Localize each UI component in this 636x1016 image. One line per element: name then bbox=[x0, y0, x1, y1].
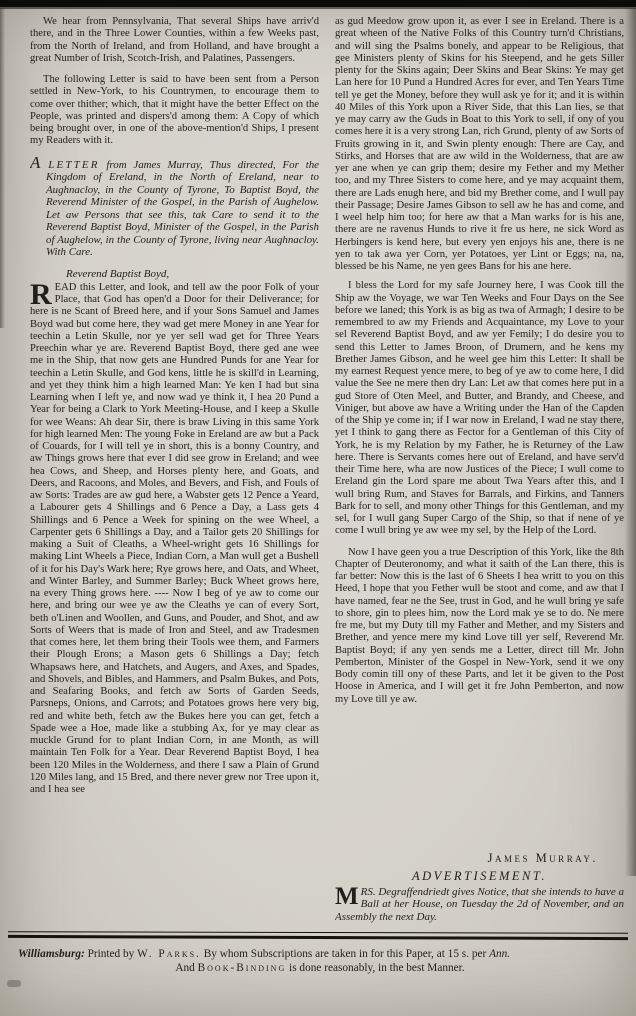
scan-artifact-top-edge bbox=[0, 0, 636, 11]
column-right-bottom: James Murray. ADVERTISEMENT. MRS. Degraf… bbox=[335, 848, 624, 924]
column-left: We hear from Pennsylvania, That several … bbox=[30, 16, 319, 924]
imprint-printed-by: Printed by bbox=[85, 948, 137, 960]
footer-divider bbox=[8, 932, 628, 939]
imprint-bookbinding: Book-Binding bbox=[198, 962, 287, 974]
paragraph-letter-intro: The following Letter is said to have bee… bbox=[30, 74, 319, 148]
imprint-line-1: Williamsburg: Printed by W. Parks. By wh… bbox=[18, 947, 622, 961]
letter-heading-text: from James Murray, Thus directed, For th… bbox=[46, 159, 319, 259]
scan-artifact-speck bbox=[7, 980, 21, 987]
scan-artifact-left-edge bbox=[0, 8, 5, 328]
paragraph-ships-news: We hear from Pennsylvania, That several … bbox=[30, 16, 319, 65]
imprint-printer-name: W. Parks. bbox=[137, 948, 201, 960]
imprint-line-2: And Book-Binding is done reasonably, in … bbox=[18, 961, 622, 975]
footer-rule-thin bbox=[8, 931, 628, 934]
advertisement-body: MRS. Degraffendriedt gives Notice, that … bbox=[335, 886, 624, 924]
imprint-place: Williamsburg: bbox=[18, 948, 85, 960]
advertisement-heading: ADVERTISEMENT. bbox=[335, 870, 624, 882]
imprint-subscriptions: By whom Subscriptions are taken in for t… bbox=[201, 948, 489, 960]
imprint-line2-rest: is done reasonably, in the best Manner. bbox=[286, 962, 464, 974]
scan-artifact-right-edge bbox=[625, 8, 636, 876]
letter-heading-dropcap: A bbox=[30, 153, 41, 172]
letter-heading-lead: LETTER bbox=[48, 159, 99, 171]
dropcap-m: M bbox=[335, 886, 361, 907]
letter-body-left-text: EAD this Letter, and look, and tell aw t… bbox=[30, 282, 319, 795]
column-right: as gud Meedow grow upon it, as ever I se… bbox=[335, 16, 624, 924]
advertisement-body-text: RS. Degraffendriedt gives Notice, that s… bbox=[335, 886, 624, 924]
dropcap-r: R bbox=[30, 282, 55, 306]
paragraph-bless-the-lord: I bless the Lord for my safe Journey her… bbox=[335, 280, 624, 537]
letter-body-continued: as gud Meedow grow upon it, as ever I se… bbox=[335, 16, 624, 273]
letter-body-left: READ this Letter, and look, and tell aw … bbox=[30, 282, 319, 797]
newspaper-page: We hear from Pennsylvania, That several … bbox=[0, 0, 636, 1016]
letter-signature: James Murray. bbox=[335, 852, 624, 864]
imprint-ann: Ann. bbox=[489, 948, 510, 960]
letter-salutation: Reverend Baptist Boyd, bbox=[66, 268, 319, 280]
imprint-footer: Williamsburg: Printed by W. Parks. By wh… bbox=[18, 947, 622, 975]
footer-rule-thick bbox=[8, 935, 628, 940]
imprint-and: And bbox=[175, 962, 197, 974]
paragraph-description-of-york: Now I have geen you a true Description o… bbox=[335, 547, 624, 706]
column-right-flow: as gud Meedow grow upon it, as ever I se… bbox=[335, 16, 624, 848]
letter-address-heading: A LETTER from James Murray, Thus directe… bbox=[30, 157, 319, 259]
page-body: We hear from Pennsylvania, That several … bbox=[30, 16, 624, 924]
